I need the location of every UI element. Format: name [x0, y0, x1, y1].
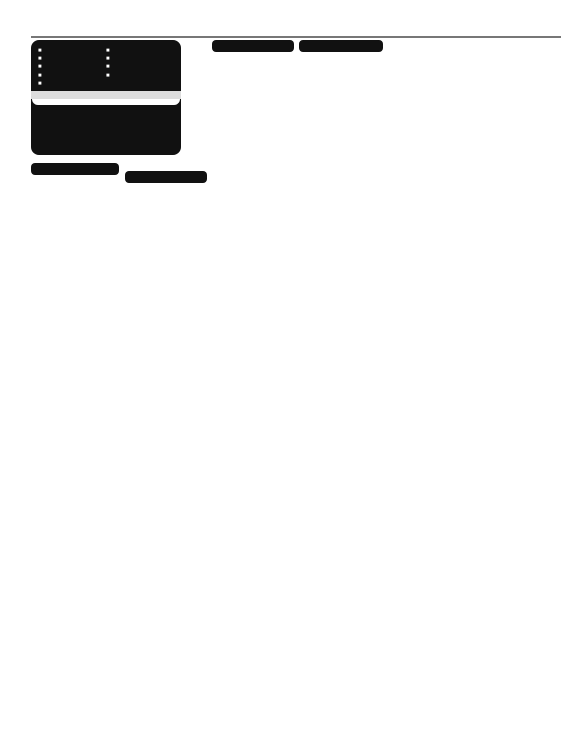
deaths-header [299, 40, 383, 52]
newspaper-page [0, 0, 580, 737]
category-item [38, 56, 106, 62]
category-item [38, 81, 106, 87]
deaths-header [125, 171, 207, 183]
category-item [38, 73, 106, 79]
category-item [106, 64, 174, 70]
category-item [106, 48, 174, 54]
column-2 [125, 171, 207, 188]
column-4 [299, 40, 383, 57]
category-item [38, 64, 106, 70]
header-rule [31, 36, 561, 38]
categories-list [35, 48, 177, 87]
contact-offices [31, 91, 181, 99]
category-item [106, 56, 174, 62]
family-notice-categories [31, 40, 181, 155]
deaths-header [31, 163, 119, 175]
column-1 [31, 40, 119, 180]
column-3 [212, 40, 294, 57]
category-item [106, 73, 174, 79]
deaths-header [212, 40, 294, 52]
category-item [38, 48, 106, 54]
accept-images-note [31, 99, 181, 106]
